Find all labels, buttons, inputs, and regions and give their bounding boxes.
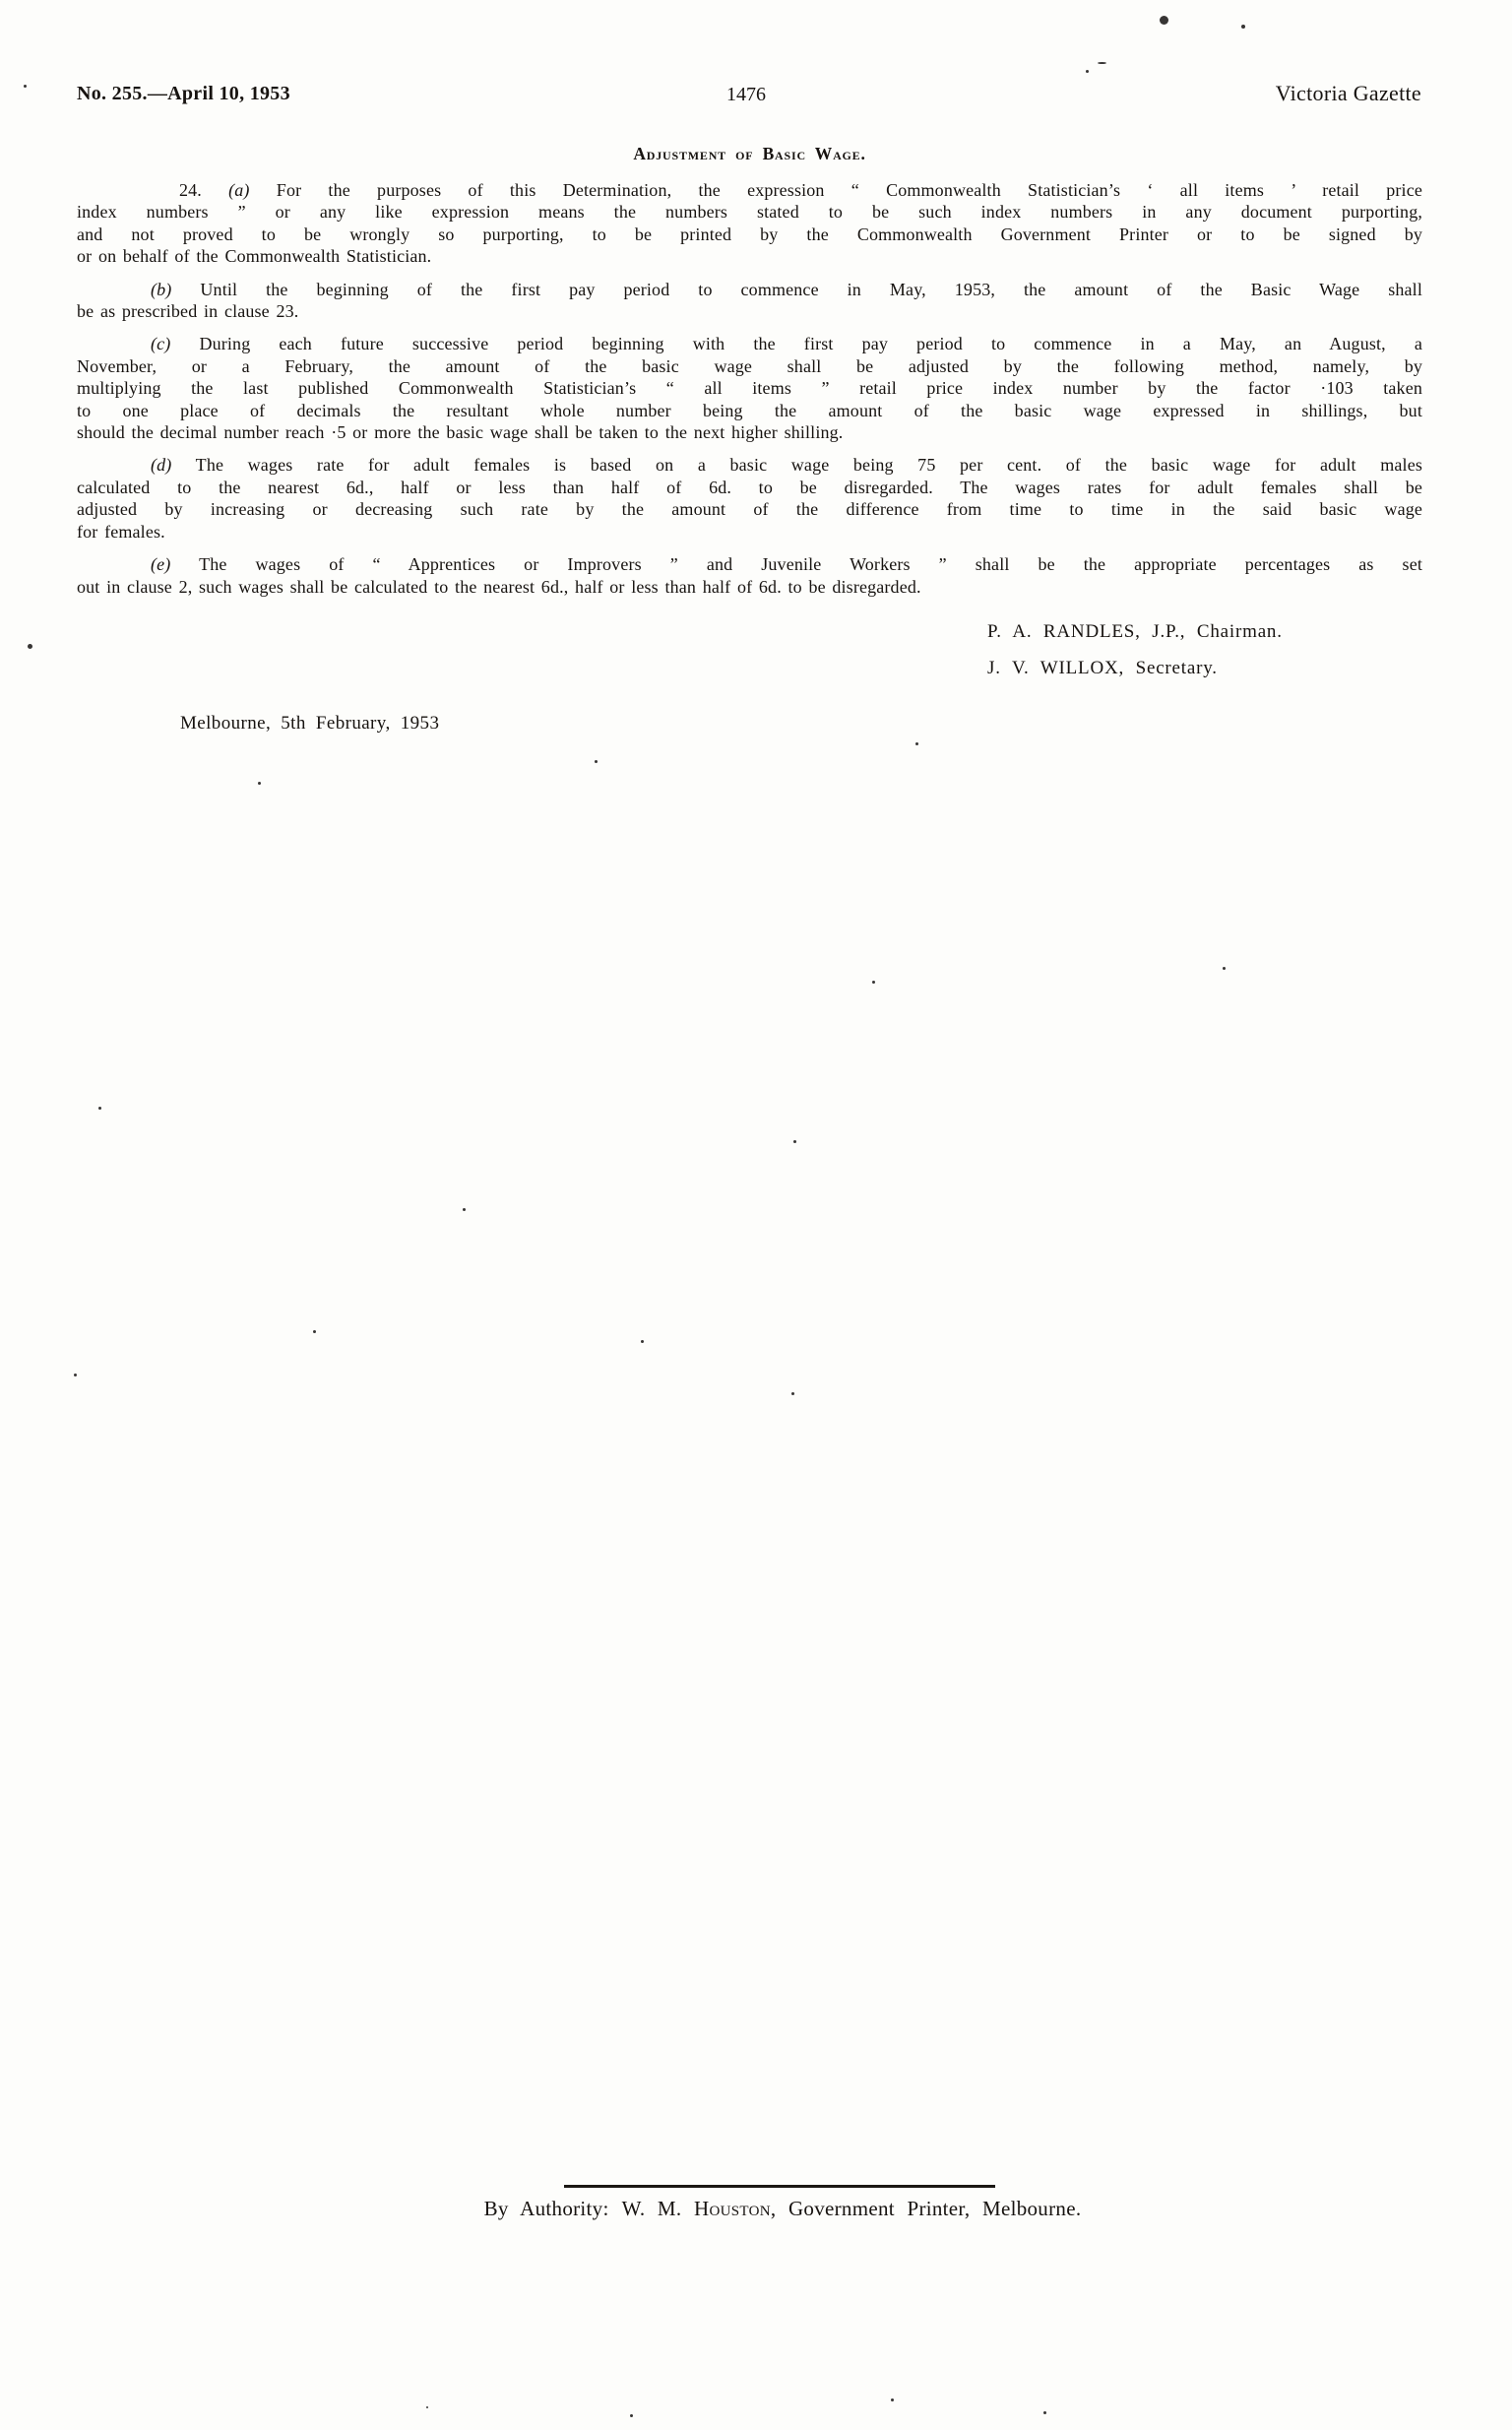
- scan-speck: [915, 742, 918, 745]
- footer-rule: [564, 2185, 995, 2188]
- text-line: out in clause 2, such wages shall be cal…: [77, 576, 1422, 598]
- section-title: Adjustment of Basic Wage.: [77, 144, 1422, 164]
- scan-speck: [313, 1330, 316, 1333]
- scan-speck: [1098, 62, 1106, 64]
- text-line: (d) The wages rate for adult females is …: [77, 454, 1422, 476]
- text-line: (e) The wages of “ Apprentices or Improv…: [77, 553, 1422, 575]
- paragraph: (d) The wages rate for adult females is …: [77, 454, 1422, 543]
- text-line: 24. (a) For the purposes of this Determi…: [77, 179, 1422, 201]
- scan-speck: [1241, 25, 1245, 29]
- signature-block: P. A. RANDLES, J.P., Chairman.J. V. WILL…: [987, 621, 1283, 679]
- text-line: for females.: [77, 521, 1422, 543]
- text-line: be as prescribed in clause 23.: [77, 300, 1422, 322]
- text-line: should the decimal number reach ·5 or mo…: [77, 421, 1422, 443]
- scan-speck: [793, 1140, 796, 1143]
- scan-speck: [791, 1392, 794, 1395]
- imprint-printer: W. M. Houston, Government Printer, Melbo…: [622, 2197, 1082, 2220]
- scan-speck: [872, 981, 875, 984]
- signature: P. A. RANDLES, J.P., Chairman.: [987, 621, 1283, 643]
- page-header: No. 255.—April 10, 1953 1476 Victoria Ga…: [0, 83, 1512, 112]
- scan-speck: [1160, 16, 1168, 25]
- text-line: calculated to the nearest 6d., half or l…: [77, 477, 1422, 498]
- scan-speck: [98, 1107, 101, 1110]
- scan-speck: [463, 1208, 466, 1211]
- clause-letter: (b): [151, 280, 171, 299]
- text-line: November, or a February, the amount of t…: [77, 355, 1422, 377]
- scan-speck: [426, 2406, 428, 2408]
- text-line: to one place of decimals the resultant w…: [77, 400, 1422, 421]
- paragraphs: 24. (a) For the purposes of this Determi…: [77, 179, 1422, 598]
- scan-speck: [24, 85, 27, 88]
- scan-speck: [1223, 967, 1226, 970]
- publication-name: Victoria Gazette: [1276, 81, 1421, 106]
- issue-number-and-date: No. 255.—April 10, 1953: [77, 83, 290, 105]
- scan-speck: [1086, 70, 1089, 73]
- text-line: adjusted by increasing or decreasing suc…: [77, 498, 1422, 520]
- text-line: (b) Until the beginning of the first pay…: [77, 279, 1422, 300]
- scan-speck: [891, 2398, 894, 2401]
- clause-letter: (a): [228, 180, 249, 200]
- text-line: or on behalf of the Commonwealth Statist…: [77, 245, 1422, 267]
- imprint-line: By Authority:W. M. Houston, Government P…: [389, 2197, 1176, 2221]
- scan-speck: [641, 1340, 644, 1343]
- paragraph: (e) The wages of “ Apprentices or Improv…: [77, 553, 1422, 598]
- paragraph: (c) During each future successive period…: [77, 333, 1422, 443]
- imprint-authority: By Authority:: [484, 2197, 609, 2220]
- text-line: and not proved to be wrongly so purporti…: [77, 224, 1422, 245]
- printer-surname: Houston: [694, 2197, 771, 2220]
- clause-letter: (c): [151, 334, 170, 353]
- signature: J. V. WILLOX, Secretary.: [987, 658, 1283, 679]
- scan-speck: [74, 1374, 77, 1376]
- paragraph: 24. (a) For the purposes of this Determi…: [77, 179, 1422, 268]
- text-line: index numbers ” or any like expression m…: [77, 201, 1422, 223]
- scan-speck: [595, 760, 598, 763]
- gazette-page: No. 255.—April 10, 1953 1476 Victoria Ga…: [0, 0, 1512, 2430]
- place-date: Melbourne, 5th February, 1953: [180, 713, 439, 735]
- clause-letter: (e): [151, 554, 170, 574]
- scan-speck: [1043, 2411, 1046, 2414]
- text-line: multiplying the last published Commonwea…: [77, 377, 1422, 399]
- text-line: (c) During each future successive period…: [77, 333, 1422, 354]
- scan-speck: [28, 644, 32, 649]
- scan-speck: [258, 782, 261, 785]
- paragraph: (b) Until the beginning of the first pay…: [77, 279, 1422, 323]
- scan-speck: [630, 2414, 633, 2417]
- page-number: 1476: [702, 84, 790, 106]
- clause-letter: (d): [151, 455, 171, 475]
